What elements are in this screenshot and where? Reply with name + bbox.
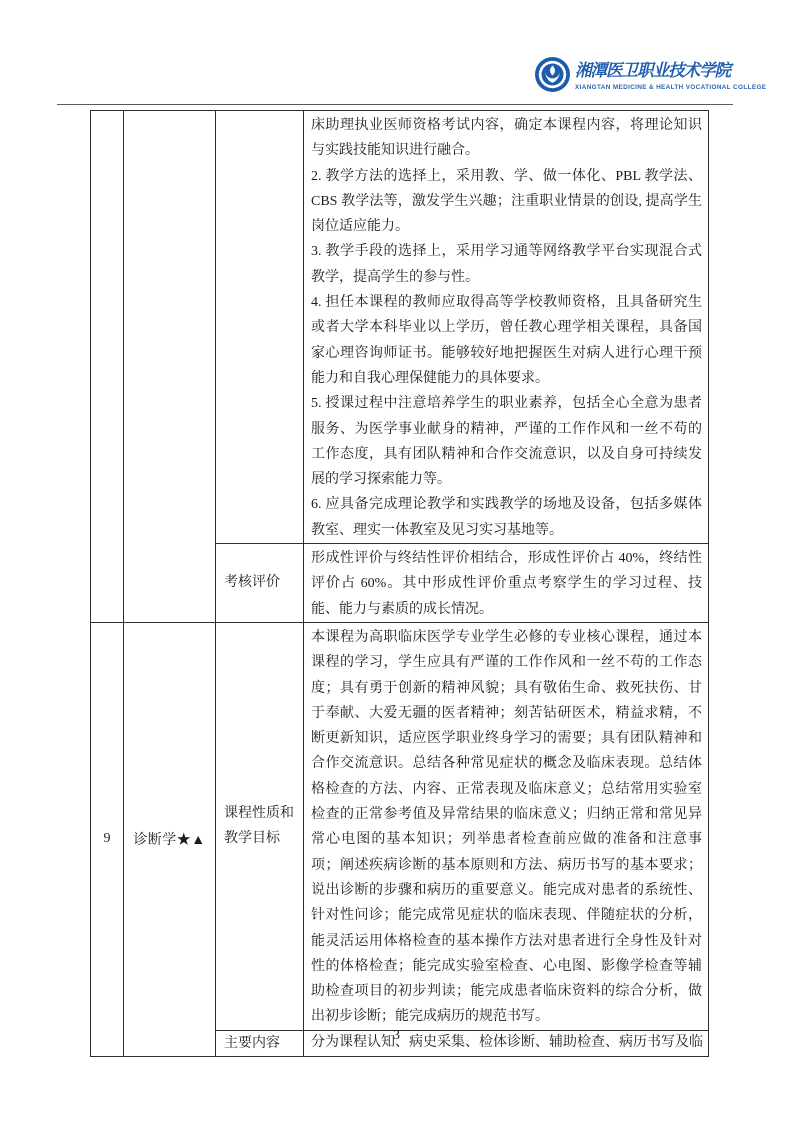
section-label-cell: 考核评价	[216, 544, 304, 623]
table-row: 床助理执业医师资格考试内容，确定本课程内容，将理论知识与实践技能知识进行融合。 …	[91, 111, 709, 544]
section-label-cell: 课程性质和教学目标	[216, 622, 304, 1030]
college-name-block: 湘潭医卫职业技术学院 XIANGTAN MEDICINE & HEALTH VO…	[575, 61, 740, 91]
section-content-cell: 形成性评价与终结性评价相结合，形成性评价占 40%，终结性评价占 60%。其中形…	[304, 544, 709, 623]
college-emblem-icon	[534, 56, 571, 93]
header-rule	[57, 104, 733, 105]
college-name-cn: 湘潭医卫职业技术学院	[575, 61, 735, 81]
syllabus-table: 床助理执业医师资格考试内容，确定本课程内容，将理论知识与实践技能知识进行融合。 …	[90, 110, 709, 1057]
document-page: 湘潭医卫职业技术学院 XIANGTAN MEDICINE & HEALTH VO…	[0, 0, 793, 1122]
course-name-cell	[124, 111, 216, 623]
seq-cell	[91, 111, 124, 623]
course-name-cell: 诊断学★▲	[124, 622, 216, 1056]
college-name-en: XIANGTAN MEDICINE & HEALTH VOCATIONAL CO…	[575, 84, 740, 91]
section-content-cell: 本课程为高职临床医学专业学生必修的专业核心课程，通过本课程的学习，学生应具有严谨…	[304, 622, 709, 1030]
seq-cell: 9	[91, 622, 124, 1056]
college-logo: 湘潭医卫职业技术学院 XIANGTAN MEDICINE & HEALTH VO…	[534, 55, 740, 101]
table-row: 9 诊断学★▲ 课程性质和教学目标 本课程为高职临床医学专业学生必修的专业核心课…	[91, 622, 709, 1030]
section-content-cell: 床助理执业医师资格考试内容，确定本课程内容，将理论知识与实践技能知识进行融合。 …	[304, 111, 709, 544]
page-number: 3	[0, 1028, 793, 1044]
section-label-cell	[216, 111, 304, 544]
